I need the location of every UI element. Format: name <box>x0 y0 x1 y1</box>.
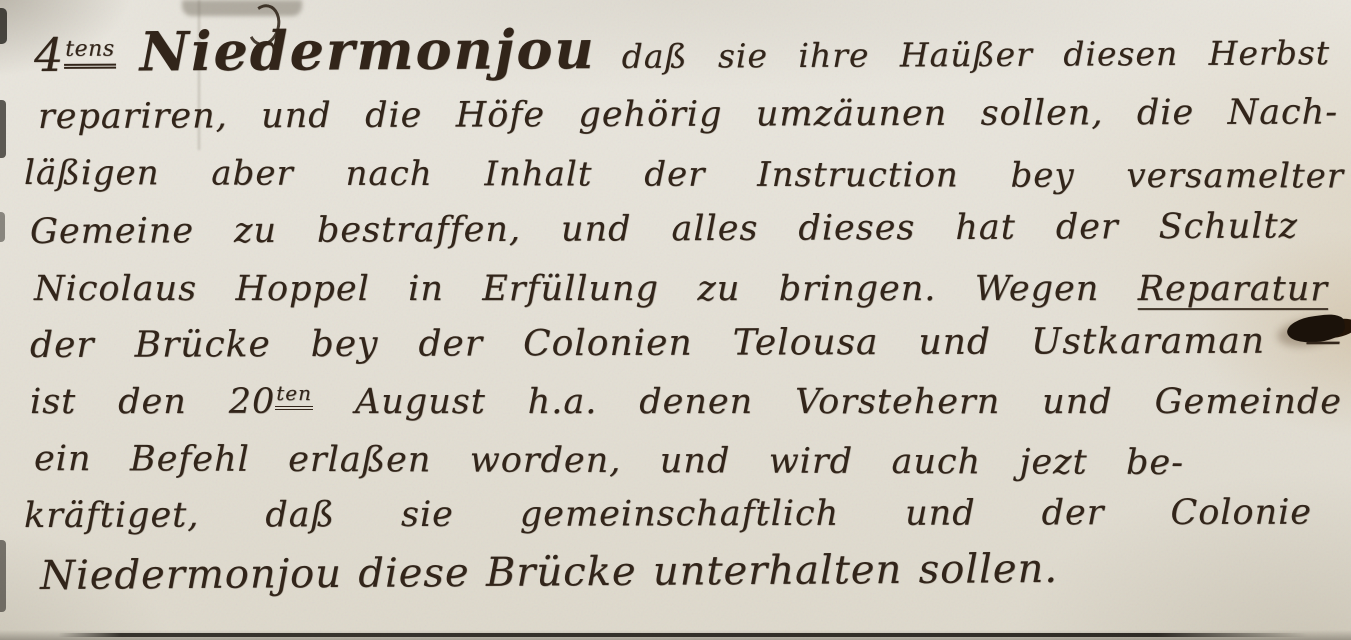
page-edge-mark <box>0 8 7 44</box>
page-edge-mark <box>0 540 6 612</box>
manuscript-line-3: läßigen aber nach Inhalt der Instruction… <box>24 153 1344 197</box>
date-ordinal-suffix: ten <box>275 381 313 410</box>
colony-name-heading: Niedermonjou <box>139 17 595 84</box>
manuscript-line-5: Nicolaus Hoppel in Erfüllung zu bringen.… <box>34 268 1328 310</box>
entry-number-suffix: tens <box>64 37 115 70</box>
manuscript-line-6: der Brücke bey der Colonien Telousa und … <box>30 319 1342 367</box>
manuscript-line-5-text: Nicolaus Hoppel in Erfüllung zu bringen.… <box>34 269 1099 309</box>
manuscript-line-4: Gemeine zu bestraffen, und alles dieses … <box>30 205 1298 253</box>
manuscript-line-7-text: ist den 20 <box>30 382 275 422</box>
top-edge-smudge <box>182 0 302 16</box>
manuscript-line-1-text: daß sie ihre Haüßer diesen Herbst <box>622 33 1331 76</box>
entry-number: 4tens <box>34 28 116 85</box>
page-bottom-shadow <box>0 630 1351 640</box>
page-edge-mark <box>0 100 6 158</box>
manuscript-line-8: ein Befehl erlaßen worden, und wird auch… <box>34 438 1184 484</box>
manuscript-line-7-text-cont: August h.a. denen Vorstehern und Gemeind… <box>355 382 1342 422</box>
page-edge-mark <box>0 212 5 242</box>
underlined-word-reparatur: Reparatur <box>1138 269 1328 309</box>
manuscript-line-10: Niedermonjou diese Brücke unterhalten so… <box>40 545 1058 600</box>
manuscript-line-2: repariren, und die Höfe gehörig umzäunen… <box>38 91 1338 138</box>
manuscript-line-9: kräftiget, daß sie gemeinschaftlich und … <box>24 492 1312 537</box>
manuscript-page: 4tens Niedermonjou daß sie ihre Haüßer d… <box>0 0 1351 640</box>
manuscript-line-7: ist den 20ten August h.a. denen Vorstehe… <box>30 381 1342 423</box>
manuscript-line-1: 4tens Niedermonjou daß sie ihre Haüßer d… <box>34 13 1330 85</box>
